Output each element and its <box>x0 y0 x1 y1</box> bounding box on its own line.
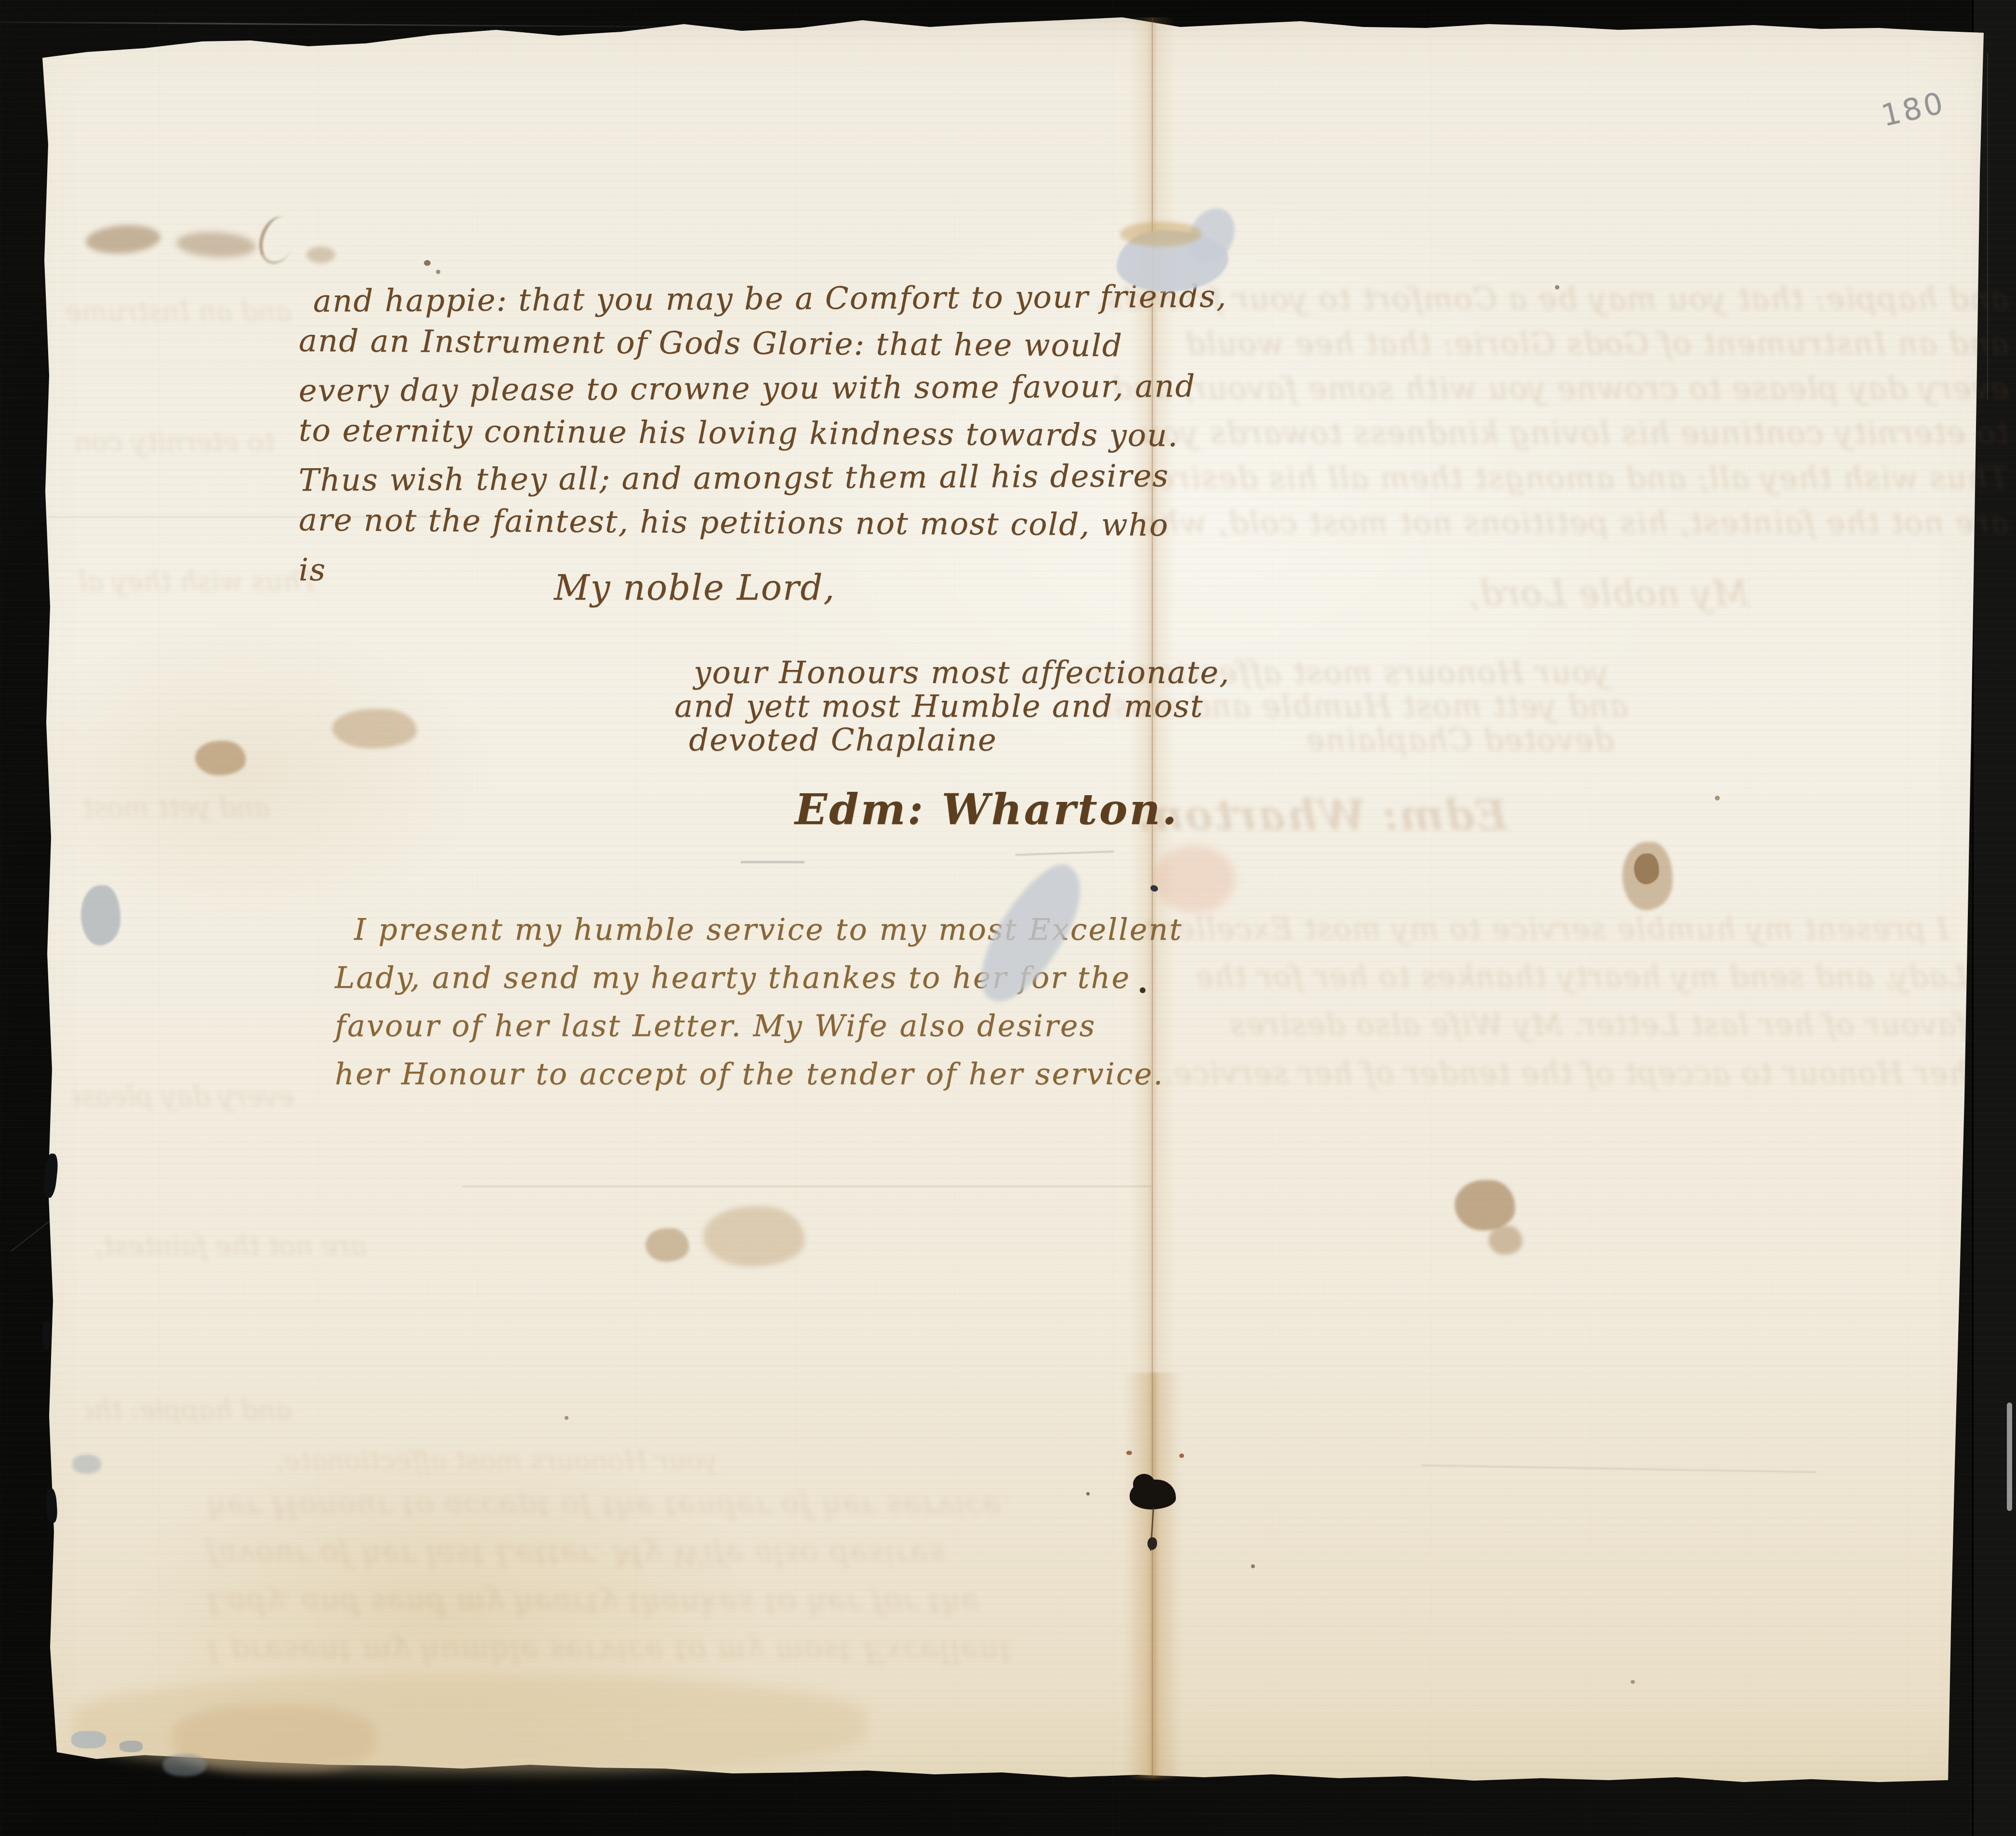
ghost-fragment: are not the faintest, his petitions not … <box>96 1231 366 1262</box>
brown-stain <box>1634 853 1659 884</box>
paper-speck <box>1631 1680 1635 1684</box>
paper-speck <box>1715 796 1720 800</box>
brown-stain <box>195 741 246 775</box>
closing-line: your Honours most affectionate, <box>674 656 1230 690</box>
background-scratch <box>0 22 751 28</box>
brown-stain <box>1489 1226 1522 1255</box>
paper-speck <box>565 1416 568 1420</box>
letter-line: to eternity continue his loving kindness… <box>299 408 1227 459</box>
paper-speck <box>1555 285 1559 289</box>
ghost-bottom-block: I present my humble service to my most E… <box>207 1483 1065 1676</box>
salutation: My noble Lord, <box>554 567 835 608</box>
letter-line: and happie: that you may be a Comfort to… <box>299 275 1227 324</box>
letter-line: Thus wish they all; and amongst them all… <box>299 454 1227 503</box>
gray-stain <box>81 885 120 945</box>
letter-line: every day please to crowne you with some… <box>299 364 1227 414</box>
ghost-body-text: and happie: that you may be a Comfort to… <box>1146 277 2009 546</box>
crease-line <box>462 1186 1151 1187</box>
edge-tear <box>42 1321 51 1350</box>
ghost-signature: Edm: Wharton. <box>1209 790 1508 840</box>
brown-stain <box>1455 1180 1515 1231</box>
paper-speck <box>1251 1564 1255 1568</box>
ghost-salutation: My noble Lord, <box>1484 573 1749 614</box>
paper-speck <box>436 270 440 274</box>
closing-line: devoted Chaplaine <box>674 723 1230 757</box>
gray-stain <box>163 1754 206 1776</box>
closing: your Honours most affectionate, and yett… <box>674 656 1230 757</box>
ghost-fragment: Thus wish they all; and amongst them all… <box>77 566 318 597</box>
crease-line <box>48 516 482 518</box>
closing-line: and yett most Humble and most <box>674 690 1230 723</box>
paper-edge-highlight <box>2007 1403 2012 1511</box>
pencil-mark <box>741 861 804 863</box>
ghost-fragment: every day please to crowne you with some… <box>72 1081 294 1113</box>
signature: Edm: Wharton. <box>795 784 1179 834</box>
postscript-line: favour of her last Letter. My Wife also … <box>335 1002 1183 1050</box>
rust-speck <box>1126 1451 1132 1455</box>
manuscript-scan: and happie: that you may be a Comfort to… <box>0 0 2016 1836</box>
letter-line: are not the faintest, his petitions not … <box>299 498 1227 549</box>
paper-speck <box>1086 1492 1090 1495</box>
ghost-fragment: and yett most Humble and most <box>82 792 270 824</box>
ghost-fragment: and happie: that you may be a Comfort to… <box>84 1394 291 1426</box>
letter-body: and happie: that you may be a Comfort to… <box>299 277 1227 590</box>
ghost-fragment: your Honours most affectionate, <box>116 1445 718 1476</box>
ghost-postscript: I present my humble service to my most E… <box>1125 905 1968 1097</box>
paper-fragment <box>119 1741 143 1752</box>
gray-stain <box>72 1455 101 1474</box>
paper-speck <box>424 260 431 266</box>
ghost-fragment: and an Instrument of Gods Glorie: that h… <box>65 296 291 328</box>
brown-stain <box>703 1207 804 1267</box>
ink-speck <box>1140 987 1146 993</box>
postscript-line: Lady, and send my hearty thankes to her … <box>335 954 1183 1002</box>
letter-line: and an Instrument of Gods Glorie: that h… <box>299 319 1227 369</box>
ghost-fragment: to eternity continue his loving kindness… <box>72 426 275 458</box>
brown-stain <box>332 709 417 748</box>
brown-stain <box>646 1228 689 1262</box>
ink-blot <box>1133 1474 1155 1495</box>
paper-fragment <box>71 1731 106 1748</box>
smudged-annotation <box>306 247 335 263</box>
mount-edge-strip <box>1972 0 2016 1836</box>
pink-stain <box>1154 845 1236 913</box>
tan-stain <box>1120 222 1202 247</box>
postscript-line: her Honour to accept of the tender of he… <box>335 1050 1183 1098</box>
rust-speck <box>1179 1454 1184 1458</box>
